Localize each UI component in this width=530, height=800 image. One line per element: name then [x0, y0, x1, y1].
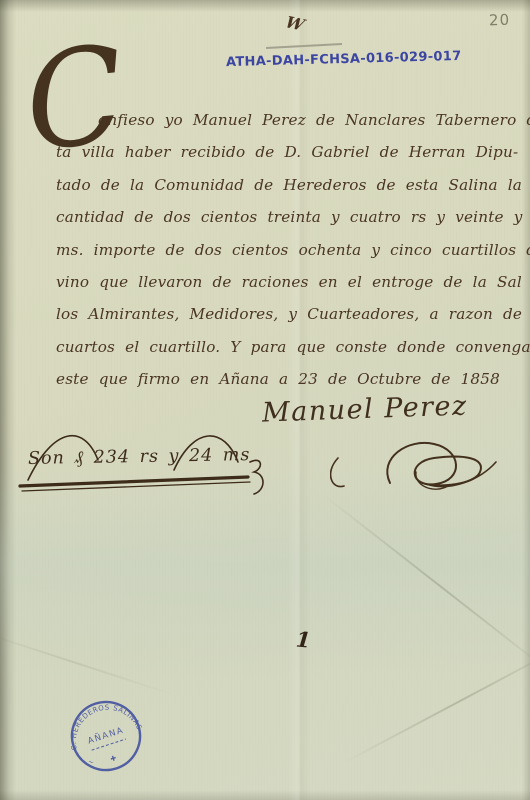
- manuscript-line: ta villa haber recibido de D. Gabriel de…: [56, 136, 510, 168]
- signature-rubric: [330, 428, 500, 513]
- paper-edge-shadow-top: [0, 0, 530, 12]
- paper-crease: [345, 639, 530, 763]
- archive-stamp: C. HEREDEROS SALINAS AÑANA ✚ ~: [56, 686, 156, 786]
- manuscript-line: cantidad de dos cientos treinta y cuatro…: [56, 201, 510, 233]
- sheet-number: 1: [295, 626, 312, 652]
- manuscript-line: cuartos el cuartillo. Y para que conste …: [56, 331, 510, 363]
- manuscript-line: vino que llevaron de raciones en el entr…: [56, 266, 510, 298]
- stamp-cross-icon: ✚: [109, 754, 117, 763]
- manuscript-line: onfieso yo Manuel Perez de Nanclares Tab…: [56, 104, 510, 136]
- manuscript-line: los Almirantes, Medidores, y Cuarteadore…: [56, 298, 510, 330]
- document-page: W 20 ATHA-DAH-FCHSA-016-029-017 C onfies…: [0, 0, 530, 800]
- top-paraph-mark: W: [283, 13, 307, 35]
- manuscript-body: onfieso yo Manuel Perez de Nanclares Tab…: [56, 104, 510, 396]
- manuscript-line: ms. importe de dos cientos ochenta y cin…: [56, 234, 510, 266]
- paper-edge-shadow-bottom: [0, 790, 530, 800]
- paper-crease: [321, 493, 530, 679]
- folio-number: 20: [489, 11, 511, 30]
- stamp-center-text: AÑANA: [86, 724, 125, 746]
- archive-reference-code: ATHA-DAH-FCHSA-016-029-017: [226, 49, 462, 70]
- amount-note: Son ₰ 234 rs y 24 ms: [28, 444, 251, 469]
- paraph-pencil-underline: [266, 43, 342, 48]
- paper-edge-shadow-left: [0, 0, 16, 800]
- manuscript-line: tado de la Comunidad de Herederos de est…: [56, 169, 510, 201]
